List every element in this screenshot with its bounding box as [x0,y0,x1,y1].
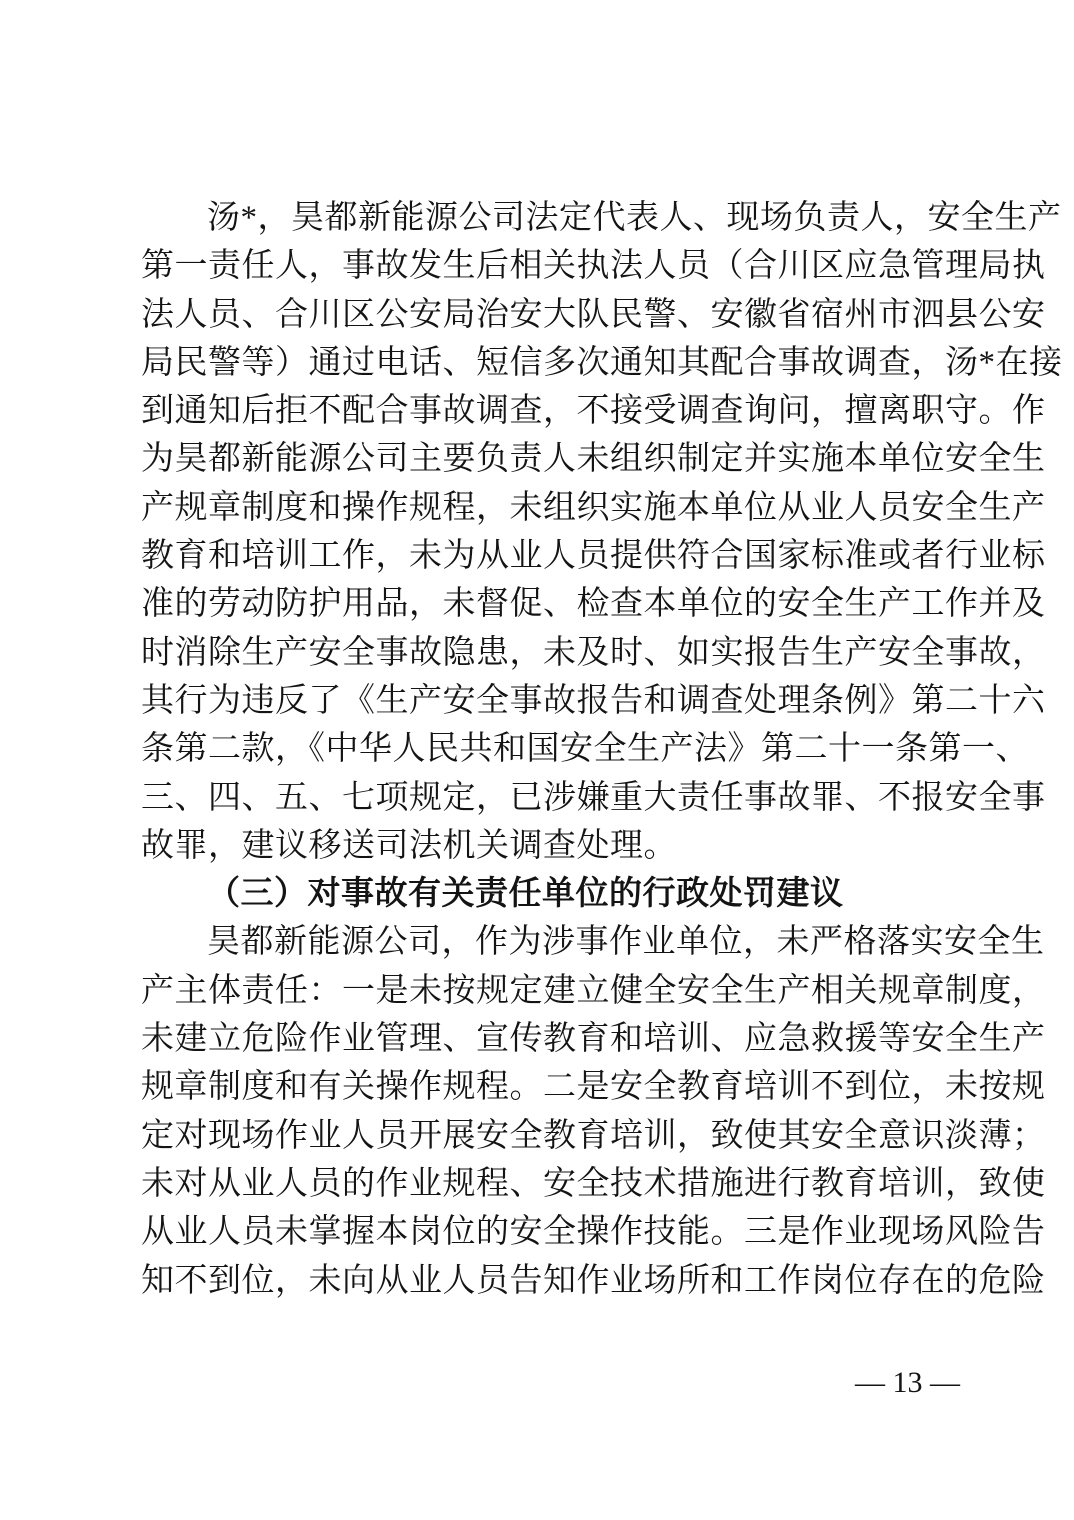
paragraph: 昊都新能源公司，作为涉事作业单位，未严格落实安全生产主体责任：一是未按规定建立健… [141,918,931,1304]
document-body: 汤*，昊都新能源公司法定代表人、现场负责人，安全生产第一责任人，事故发生后相关执… [141,194,931,1305]
text-line: 未建立危险作业管理、宣传教育和培训、应急救援等安全生产 [141,1015,931,1063]
text-line: 规章制度和有关操作规程。二是安全教育培训不到位，未按规 [141,1063,931,1111]
text-line: 为昊都新能源公司主要负责人未组织制定并实施本单位安全生 [141,435,931,483]
text-line: 昊都新能源公司，作为涉事作业单位，未严格落实安全生 [141,918,931,966]
text-line: 第一责任人，事故发生后相关执法人员（合川区应急管理局执 [141,242,931,290]
text-line: 教育和培训工作，未为从业人员提供符合国家标准或者行业标 [141,532,931,580]
text-line: 产主体责任：一是未按规定建立健全安全生产相关规章制度， [141,967,931,1015]
text-line: 时消除生产安全事故隐患，未及时、如实报告生产安全事故， [141,629,931,677]
text-line: 知不到位，未向从业人员告知作业场所和工作岗位存在的危险 [141,1257,931,1305]
text-line: 局民警等）通过电话、短信多次通知其配合事故调查，汤*在接 [141,339,931,387]
text-line: 条第二款，《中华人民共和国安全生产法》第二十一条第一、 [141,725,931,773]
text-line: 未对从业人员的作业规程、安全技术措施进行教育培训，致使 [141,1160,931,1208]
text-line: 到通知后拒不配合事故调查，不接受调查询问，擅离职守。作 [141,387,931,435]
page-number: — 13 — [855,1366,955,1400]
text-line: 从业人员未掌握本岗位的安全操作技能。三是作业现场风险告 [141,1208,931,1256]
text-line: 其行为违反了《生产安全事故报告和调查处理条例》第二十六 [141,677,931,725]
text-line: 准的劳动防护用品，未督促、检查本单位的安全生产工作并及 [141,580,931,628]
text-line: 汤*，昊都新能源公司法定代表人、现场负责人，安全生产 [141,194,931,242]
text-line: 产规章制度和操作规程，未组织实施本单位从业人员安全生产 [141,484,931,532]
section-heading: （三）对事故有关责任单位的行政处罚建议 [141,870,931,918]
paragraph: 汤*，昊都新能源公司法定代表人、现场负责人，安全生产第一责任人，事故发生后相关执… [141,194,931,870]
text-line: 定对现场作业人员开展安全教育培训，致使其安全意识淡薄； [141,1112,931,1160]
text-line: 故罪，建议移送司法机关调查处理。 [141,822,931,870]
document-page: 汤*，昊都新能源公司法定代表人、现场负责人，安全生产第一责任人，事故发生后相关执… [0,0,1074,1520]
text-line: （三）对事故有关责任单位的行政处罚建议 [141,870,931,918]
text-line: 三、四、五、七项规定，已涉嫌重大责任事故罪、不报安全事 [141,774,931,822]
text-line: 法人员、合川区公安局治安大队民警、安徽省宿州市泗县公安 [141,291,931,339]
